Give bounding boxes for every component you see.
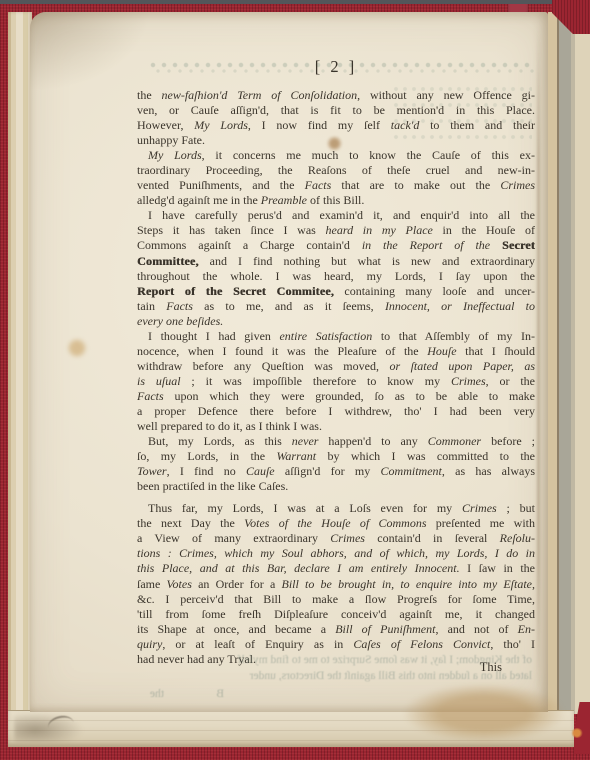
text-segment: been practiſed in the like Caſes. (137, 479, 288, 493)
text-line: Tower, I find no Cauſe aſſign'd for my C… (137, 464, 535, 479)
text-segment: never (292, 434, 319, 448)
text-line: But, my Lords, as this never happen'd to… (137, 434, 535, 449)
text-segment: , and not of (435, 622, 517, 636)
text-segment: as to me, and as it ſeems, (193, 299, 385, 313)
text-segment: Bill of Puniſhment (335, 622, 435, 636)
page-edge-right (548, 12, 590, 714)
text-segment: traordinary Proceeding, the Reaſons of t… (137, 163, 535, 177)
text-segment: aſſign'd for my (275, 464, 381, 478)
text-segment: vented Puniſhments, and the (137, 178, 305, 192)
page-edge-left (8, 12, 32, 746)
text-segment: ſo, my Lords, in the (137, 449, 277, 463)
text-line: the next Day the Votes of the Houſe of C… (137, 516, 535, 531)
text-segment: 'till from ſome freſh Diſpleaſure concei… (137, 607, 535, 621)
text-segment: Bill to be brought in, to enquire into m… (281, 577, 535, 591)
text-line: a proper Defence there before I withdrew… (137, 404, 535, 419)
text-line: well prepared to do it, as I think I was… (137, 419, 535, 434)
text-segment: alledg'd againſt me in the (137, 193, 261, 207)
text-line: quiry, or at leaſt of Enquiry as in Caſe… (137, 637, 535, 652)
text-segment: En- (518, 622, 535, 636)
text-segment: its Shape at once, and became a (137, 622, 335, 636)
book-photo: [ 2 ] the new-faſhion'd Term of Conſolid… (0, 0, 590, 760)
text-segment: Thus far, my Lords, I was at a Loſs even… (148, 501, 462, 515)
text-line: Facts upon which they were grounded, ſo … (137, 389, 535, 404)
text-line: the new-faſhion'd Term of Conſolidation,… (137, 88, 535, 103)
text-segment: ; it was impoſſible therefore to know my (181, 374, 451, 388)
text-segment: tack'd (391, 118, 420, 132)
text-line: My Lords, it concerns me much to know th… (137, 148, 535, 163)
text-segment: containing many looſe and uncer- (334, 284, 535, 298)
text-segment: Warrant (277, 449, 317, 463)
text-segment: Facts (166, 299, 193, 313)
text-segment: Innocent, or Ineffectual to (385, 299, 535, 313)
text-line: alledg'd againſt me in the Preamble of t… (137, 193, 535, 208)
text-segment: and I find nothing but what is new and e… (199, 254, 535, 268)
text-segment: I ſaw in the (460, 561, 535, 575)
text-line: tions : Crimes, which my Soul abhors, an… (137, 546, 535, 561)
stain (66, 338, 88, 358)
text-segment: , or the (486, 374, 535, 388)
text-segment: Facts (305, 178, 332, 192)
text-segment: ven, or Cauſe aſſign'd, that is fit to b… (137, 103, 535, 117)
text-segment: unhappy Fate. (137, 133, 205, 147)
page-corner-fold (30, 12, 160, 98)
text-segment: an Order for a (192, 577, 282, 591)
text-line: Steps it has taken ſince I was heard in … (137, 223, 535, 238)
text-segment: &c. I perceiv'd that Bill to make a ſlow… (137, 592, 535, 606)
text-line: 'till from ſome freſh Diſpleaſure concei… (137, 607, 535, 622)
text-segment: Houſe (427, 344, 456, 358)
text-segment: well prepared to do it, as I think I was… (137, 419, 322, 433)
text-segment: Secret (502, 238, 535, 252)
text-segment: Reſolu- (500, 531, 535, 545)
text-segment: a proper Defence there before I withdrew… (137, 404, 535, 418)
text-line: tain Facts as to me, and as it ſeems, In… (137, 299, 535, 314)
text-line: I have carefully perus'd and examin'd it… (137, 208, 535, 223)
text-segment: Commoner (428, 434, 481, 448)
text-segment: withdraw before any Queſtion was moved, (137, 359, 389, 373)
text-segment: before ; (481, 434, 535, 448)
text-segment: Commons againſt a Charge contain'd (137, 238, 362, 252)
text-segment: entire Satisfaction (279, 329, 372, 343)
text-segment: Steps it has taken ſince I was (137, 223, 326, 237)
text-line: I thought I had given entire Satisfactio… (137, 329, 535, 344)
text-segment: preſented me with (427, 516, 535, 530)
text-segment: new-faſhion'd Term of Conſolidation (162, 88, 358, 102)
text-line: withdraw before any Queſtion was moved, … (137, 359, 535, 374)
text-segment: My Lords (148, 148, 202, 162)
page-number: [ 2 ] (137, 57, 535, 77)
text-segment: Preamble (261, 193, 307, 207)
text-segment: However, (137, 118, 194, 132)
text-segment: the next Day the (137, 516, 244, 530)
text-line: &c. I perceiv'd that Bill to make a ſlow… (137, 592, 535, 607)
text-segment: nocence, when I found it was the Pleaſur… (137, 344, 427, 358)
text-segment: ; but (497, 501, 535, 515)
showthrough-signature-mark: B (216, 686, 224, 702)
text-segment: heard in my Place (326, 223, 433, 237)
text-segment: in the Houſe of (433, 223, 535, 237)
text-segment: to them and their (419, 118, 535, 132)
text-segment: of this Bill. (307, 193, 364, 207)
text-line: However, My Lords, I now find my ſelf ta… (137, 118, 535, 133)
text-segment: happen'd to any (318, 434, 427, 448)
text-segment: a View of many extraordinary (137, 531, 330, 545)
text-segment: to that Aſſembly of my In- (372, 329, 535, 343)
text-line: a View of many extraordinary Crimes cont… (137, 531, 535, 546)
text-line: this Place, and at this Bar, declare I a… (137, 561, 535, 576)
text-line: Thus far, my Lords, I was at a Loſs even… (137, 501, 535, 516)
text-segment: by which I was committed to the (316, 449, 535, 463)
text-segment: contain'd in ſeveral (365, 531, 500, 545)
text-segment: , I find no (167, 464, 246, 478)
text-line: throughout the whole. I was heard, my Lo… (137, 269, 535, 284)
text-line: Report of the Secret Commitee, containin… (137, 284, 535, 299)
text-segment: in the Report of the (362, 238, 502, 252)
text-segment: Facts (137, 389, 164, 403)
text-segment: quiry (137, 637, 162, 651)
text-line: ſame Votes an Order for a Bill to be bro… (137, 577, 535, 592)
text-segment: the (137, 88, 162, 102)
body-text: the new-faſhion'd Term of Conſolidation,… (137, 88, 535, 667)
text-segment: Report of the Secret Commitee, (137, 284, 334, 298)
text-segment: Caſes of Felons Convict (353, 637, 490, 651)
text-segment: Committee, (137, 254, 199, 268)
text-segment: throughout the whole. I was heard, my Lo… (137, 269, 535, 283)
text-segment: , I now find my ſelf (248, 118, 391, 132)
text-segment: My Lords (194, 118, 248, 132)
text-segment: , or at leaſt of Enquiry as in (162, 637, 353, 651)
text-segment: , tho' I (490, 637, 535, 651)
text-line: every one beſides. (137, 314, 535, 329)
page-crease (537, 30, 540, 690)
text-segment: ſame (137, 577, 167, 591)
text-segment: , without any new Offence gi- (357, 88, 535, 102)
text-segment: , it concerns me much to know the Cauſe … (202, 148, 535, 162)
text-line: ven, or Cauſe aſſign'd, that is fit to b… (137, 103, 535, 118)
text-segment: Crimes (330, 531, 365, 545)
text-line: Committee, and I find nothing but what i… (137, 254, 535, 269)
catchword: This (137, 660, 535, 675)
text-segment: Tower (137, 464, 167, 478)
text-line: been practiſed in the like Caſes. (137, 479, 535, 494)
text-segment: I thought I had given (148, 329, 279, 343)
background-strip (0, 0, 590, 4)
text-segment: this Place, and at this Bar, declare I a… (137, 561, 460, 575)
text-line: vented Puniſhments, and the Facts that a… (137, 178, 535, 193)
text-segment: Crimes (451, 374, 486, 388)
text-segment: Cauſe (246, 464, 275, 478)
text-segment: Votes (167, 577, 192, 591)
showthrough-catchword: the (150, 686, 164, 702)
text-line: its Shape at once, and became a Bill of … (137, 622, 535, 637)
text-segment: tions : Crimes, which my Soul abhors, an… (137, 546, 535, 560)
text-segment: upon which they were grounded, ſo as to … (164, 389, 535, 403)
text-segment: or ſtated upon Paper, as (389, 359, 535, 373)
stain (571, 728, 583, 738)
text-segment: , as has always (442, 464, 535, 478)
text-line: Commons againſt a Charge contain'd in th… (137, 238, 535, 253)
text-segment: Crimes (500, 178, 535, 192)
text-segment: tain (137, 299, 166, 313)
text-line: ſo, my Lords, in the Warrant by which I … (137, 449, 535, 464)
text-line: unhappy Fate. (137, 133, 535, 148)
text-segment: Crimes (462, 501, 497, 515)
text-line: traordinary Proceeding, the Reaſons of t… (137, 163, 535, 178)
text-line: is uſual ; it was impoſſible therefore t… (137, 374, 535, 389)
text-segment: I have carefully perus'd and examin'd it… (148, 208, 535, 222)
text-segment: Commitment (381, 464, 442, 478)
text-segment: that I ſhould (457, 344, 535, 358)
text-segment: is uſual (137, 374, 181, 388)
text-segment: that are to make out the (331, 178, 500, 192)
text-segment: Votes of the Houſe of Commons (244, 516, 426, 530)
text-line: nocence, when I found it was the Pleaſur… (137, 344, 535, 359)
text-segment: But, my Lords, as this (148, 434, 292, 448)
text-segment: every one beſides. (137, 314, 223, 328)
